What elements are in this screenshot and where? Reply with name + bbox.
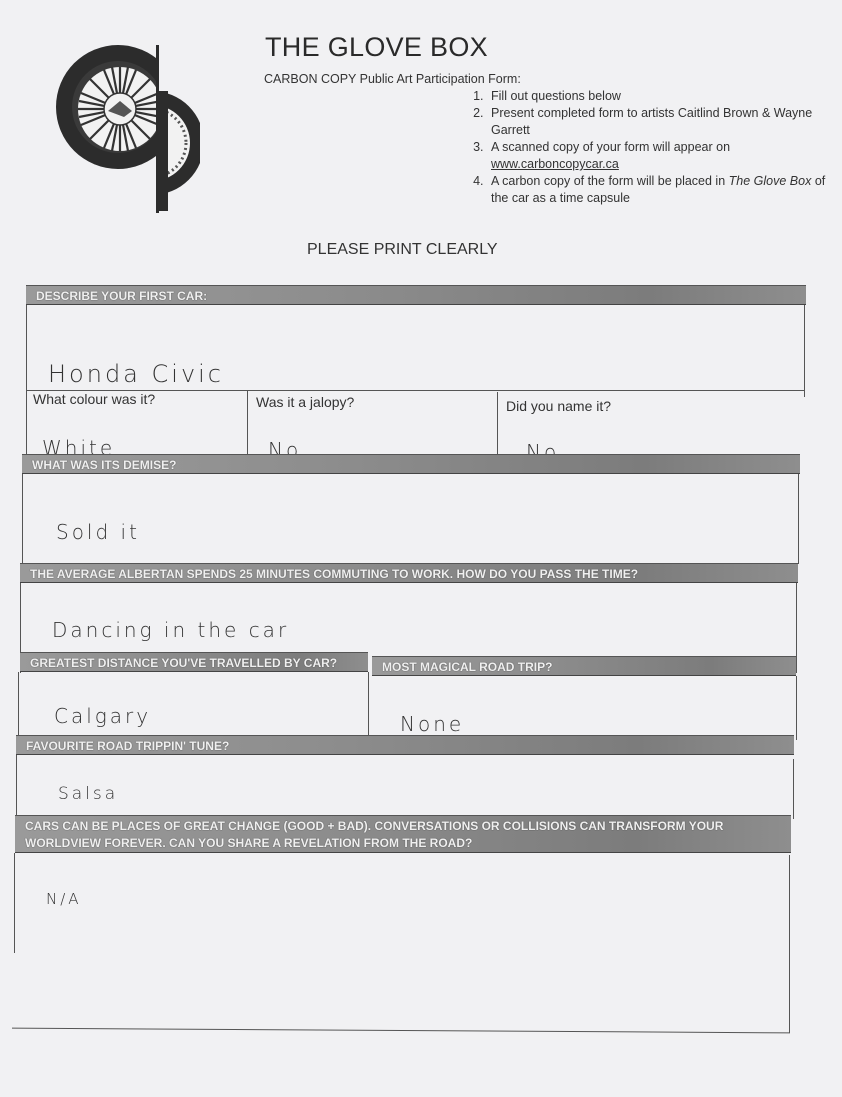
form-border-bottom — [12, 1028, 790, 1034]
question-jalopy: Was it a jalopy? — [256, 394, 354, 410]
divider — [497, 392, 498, 456]
question-tune: FAVOURITE ROAD TRIPPIN' TUNE? — [16, 735, 794, 755]
question-magical: MOST MAGICAL ROAD TRIP? — [372, 656, 796, 676]
form-border-right — [804, 305, 805, 397]
print-clearly-instruction: PLEASE PRINT CLEARLY — [307, 241, 498, 259]
form-border-right — [789, 855, 790, 1033]
form-border-left — [22, 474, 23, 564]
website-link[interactable]: www.carboncopycar.ca — [491, 157, 619, 171]
answer-commute[interactable]: Dancing in the car — [52, 618, 289, 642]
answer-first-car[interactable]: Honda Civic — [48, 360, 224, 388]
form-border-right — [798, 474, 799, 564]
form-subtitle: CARBON COPY Public Art Participation For… — [264, 72, 521, 86]
answer-magical[interactable]: None — [400, 712, 464, 736]
wire-wheel-logo-icon — [40, 25, 200, 215]
form-border-left — [16, 755, 17, 817]
step-4: A carbon copy of the form will be placed… — [487, 173, 827, 207]
instructions-list: Fill out questions below Present complet… — [462, 88, 827, 207]
form-border-right — [796, 676, 797, 740]
answer-distance[interactable]: Calgary — [54, 704, 151, 728]
form-border-left — [14, 853, 15, 953]
question-named: Did you name it? — [506, 398, 611, 414]
question-distance: GREATEST DISTANCE YOU'VE TRAVELLED BY CA… — [20, 652, 368, 672]
form-border-right — [793, 759, 794, 819]
form-title: THE GLOVE BOX — [265, 32, 488, 63]
step-2: Present completed form to artists Caitli… — [487, 105, 827, 139]
divider — [247, 390, 248, 455]
step-3: A scanned copy of your form will appear … — [487, 139, 827, 173]
step-1: Fill out questions below — [487, 88, 827, 105]
question-revelation: CARS CAN BE PLACES OF GREAT CHANGE (GOOD… — [15, 815, 791, 853]
glove-box-italic: The Glove Box — [729, 174, 812, 188]
divider — [368, 672, 369, 737]
question-commute: THE AVERAGE ALBERTAN SPENDS 25 MINUTES C… — [20, 563, 798, 583]
answer-tune[interactable]: Salsa — [58, 784, 118, 804]
question-colour: What colour was it? — [33, 391, 155, 407]
question-demise: WHAT WAS ITS DEMISE? — [22, 454, 800, 474]
form-border-left — [26, 305, 27, 455]
form-border-right — [796, 583, 797, 673]
answer-demise[interactable]: Sold it — [56, 520, 140, 544]
answer-revelation[interactable]: N/A — [46, 890, 82, 908]
question-first-car: DESCRIBE YOUR FIRST CAR: — [26, 285, 806, 305]
